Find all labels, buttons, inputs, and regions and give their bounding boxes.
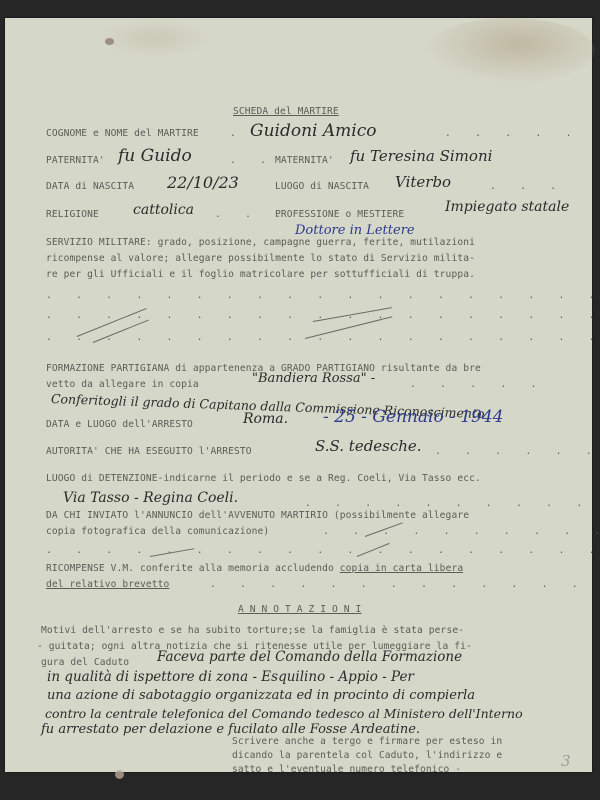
annotazioni-handwritten-3: una azione di sabotaggio organizzata ed … [47,688,475,703]
autorita-arresto-label: AUTORITA' CHE HA ESEGUITO l'ARRESTO [46,446,252,457]
religione-label: RELIGIONE [46,209,99,220]
servizio-militare-label-2: ricompense al valore; allegare possibilm… [46,253,475,264]
professione-annotation: Dottore in Lettere [295,223,415,238]
page-number: 3 [561,752,571,770]
hole-mark [105,38,114,45]
dots-leader: . . . . . . . . . . . . . . . . . [210,579,600,590]
arresto-data-value: - 25 - Gennaio - 1944 [323,407,504,427]
annotazioni-prompt-3: gura del Caduto [41,657,129,668]
annotazioni-handwritten-5: fu arrestato per delazione e fucilato al… [41,722,420,737]
dots-leader: . . . . . . . . . . . . . . . . . . . . … [46,545,600,556]
hole-mark [115,770,124,779]
dots-leader: . . . . . [410,379,546,390]
ricompense-label-2: del relativo brevetto [46,579,169,590]
instructions-line-1: Scrivere anche a tergo e firmare per est… [232,736,502,747]
autorita-arresto-value: S.S. tedesche. [315,437,422,455]
annotazioni-prompt-1: Motivi dell'arresto e se ha subito tortu… [41,625,464,636]
annotazioni-handwritten-2: in qualità di ispettore di zona - Esquil… [47,669,414,685]
luogo-detenzione-value: Via Tasso - Regina Coeli. [63,490,238,506]
document-sheet: SCHEDA del MARTIRE COGNOME e NOME del MA… [5,18,592,772]
data-luogo-arresto-label: DATA e LUOGO dell'ARRESTO [46,419,193,430]
professione-value: Impiegato statale [445,199,569,215]
annotazioni-heading: A N N O T A Z I O N I [238,604,361,615]
data-nascita-label: DATA di NASCITA [46,181,134,192]
servizio-militare-label-3: re per gli Ufficiali e il foglio matrico… [46,269,475,280]
servizio-militare-label-1: SERVIZIO MILITARE: grado, posizione, cam… [46,237,475,248]
maternita-value: fu Teresina Simoni [350,147,492,165]
annotazioni-handwritten-1: Faceva parte del Comando della Formazion… [157,649,462,665]
annuncio-martirio-label-2: copia fotografica della comunicazione) [46,526,269,537]
annuncio-martirio-label-1: DA CHI INVIATO l'ANNUNCIO dell'AVVENUTO … [46,510,469,521]
maternita-label: MATERNITA' [275,155,334,166]
ricompense-label-prefix: RICOMPENSE V.M. conferite alla memoria a… [46,563,340,574]
dots-leader: . . . . . . [435,446,600,457]
data-nascita-value: 22/10/23 [167,173,239,192]
water-stain [100,18,210,58]
dots-leader: . . . . . [445,128,581,139]
formazione-label-2: vetto da allegare in copia [46,379,199,390]
dots-leader: . . [230,155,275,166]
luogo-detenzione-label: LUOGO di DETENZIONE-indicarne il periodo… [46,473,481,484]
luogo-nascita-label: LUOGO di NASCITA [275,181,369,192]
annotazioni-handwritten-4: contro la centrale telefonica del Comand… [45,706,523,721]
instructions-line-3: satto e l'eventuale numero telefonico - [232,764,461,775]
formazione-value: "Bandiera Rossa" - [252,371,375,386]
page-title: SCHEDA del MARTIRE [233,106,339,117]
paternita-label: PATERNITA' [46,155,105,166]
professione-label: PROFESSIONE o MESTIERE [275,209,404,220]
religione-value: cattolica [133,202,194,218]
paternita-value: fu Guido [118,146,192,166]
ricompense-label-1: RICOMPENSE V.M. conferite alla memoria a… [46,563,463,574]
dots-leader: . . . . . . . . . . . . . . . [305,498,600,509]
cognome-nome-value: Guidoni Amico [250,121,376,141]
arresto-luogo-value: Roma. [243,411,288,427]
luogo-nascita-value: Viterbo [395,173,451,191]
dots-leader: . . . [490,181,565,192]
ricompense-label-underlined: copia in carta libera [340,563,463,574]
cognome-nome-label: COGNOME e NOME del MARTIRE [46,128,199,139]
dots-leader: . . . . . . . . . . . . . . . . . . . . … [46,290,600,301]
instructions-line-2: dicando la parentela col Caduto, l'indir… [232,750,502,761]
dots-leader: . [230,128,245,139]
water-stain [425,18,595,83]
